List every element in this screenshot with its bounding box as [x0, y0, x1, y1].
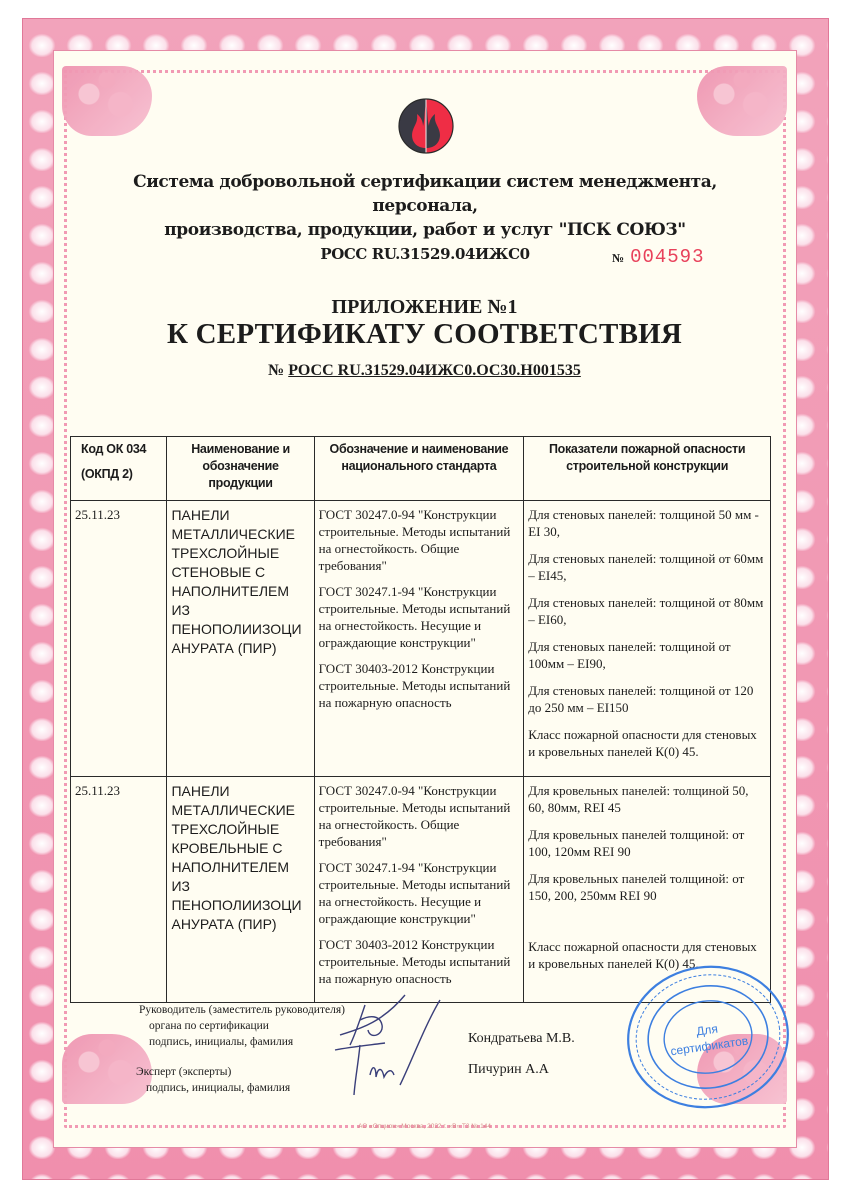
serial-number-value: 004593 — [630, 246, 704, 268]
expert-caption-line1: Эксперт (эксперты) — [136, 1066, 231, 1078]
products-table: Код ОК 034 (ОКПД 2) Наименование и обозн… — [70, 436, 771, 1003]
cell-fire-indicators: Для стеновых панелей: толщиной 50 мм - E… — [524, 501, 771, 777]
header-national-standard: Обозначение и наименование национального… — [314, 437, 524, 501]
expert-caption-line2: подпись, инициалы, фамилия — [136, 1080, 290, 1096]
certificate-number-sign: № — [268, 362, 284, 379]
cell-okpd-code: 25.11.23 — [71, 501, 167, 777]
header-fire-indicators: Показатели пожарной опасности строительн… — [524, 437, 771, 501]
stamp-text-line1: Для — [695, 1022, 718, 1039]
standard-item: ГОСТ 30403-2012 Конструкции строительные… — [319, 936, 520, 987]
table-header-row: Код ОК 034 (ОКПД 2) Наименование и обозн… — [71, 437, 771, 501]
indicator-item: Для кровельных панелей толщиной: от 100,… — [528, 826, 766, 860]
indicator-item: Для кровельных панелей толщиной: от 150,… — [528, 870, 766, 904]
table-row: 25.11.23 ПАНЕЛИ МЕТАЛЛИЧЕСКИЕ ТРЕХСЛОЙНЫ… — [71, 501, 771, 777]
spacer — [528, 914, 766, 938]
blank-serial-number: №004593 — [612, 246, 704, 268]
certificate-number-value: РОСС RU.31529.04ИЖС0.ОС30.Н001535 — [288, 362, 581, 379]
indicator-item: Для стеновых панелей: толщиной 50 мм - E… — [528, 506, 766, 540]
header-okpd-line1: Код ОК 034 — [81, 442, 146, 456]
head-name: Кондратьева М.В. — [468, 1031, 575, 1047]
cell-standards: ГОСТ 30247.0-94 "Конструкции строительны… — [314, 777, 524, 1003]
indicator-item: Для стеновых панелей: толщиной от 120 до… — [528, 682, 766, 716]
header-product-name: Наименование и обозначение продукции — [167, 437, 314, 501]
cell-okpd-code: 25.11.23 — [71, 777, 167, 1003]
indicator-item: Для стеновых панелей: толщиной от 80мм –… — [528, 594, 766, 628]
certificate-content: Система добровольной сертификации систем… — [0, 0, 849, 1200]
indicator-item: Для стеновых панелей: толщиной от 60мм –… — [528, 550, 766, 584]
number-sign: № — [612, 251, 624, 265]
official-stamp-icon: Для сертификатов — [622, 962, 794, 1112]
standard-item: ГОСТ 30247.1-94 "Конструкции строительны… — [319, 583, 520, 651]
cell-product-name: ПАНЕЛИ МЕТАЛЛИЧЕСКИЕ ТРЕХСЛОЙНЫЕ СТЕНОВЫ… — [167, 501, 314, 777]
standard-item: ГОСТ 30247.0-94 "Конструкции строительны… — [319, 782, 520, 850]
org-title-line2: производства, продукции, работ и услуг "… — [120, 218, 730, 242]
indicator-item: Для стеновых панелей: толщиной от 100мм … — [528, 638, 766, 672]
org-title-line1: Система добровольной сертификации систем… — [120, 170, 730, 218]
printer-imprint: АО «Опцион» Москва, 2022 г. «В» Т3 № 144 — [0, 1123, 849, 1130]
fire-flame-logo-icon — [396, 96, 456, 156]
standard-item: ГОСТ 30247.1-94 "Конструкции строительны… — [319, 859, 520, 927]
main-title: К СЕРТИФИКАТУ СООТВЕТСТВИЯ — [0, 318, 849, 351]
indicator-item: Для кровельных панелей: толщиной 50, 60,… — [528, 782, 766, 816]
expert-name: Пичурин А.А — [468, 1062, 549, 1078]
standard-item: ГОСТ 30403-2012 Конструкции строительные… — [319, 660, 520, 711]
stamp-text-line2: сертификатов — [670, 1034, 749, 1059]
certificate-number: №РОСС RU.31529.04ИЖС0.ОС30.Н001535 — [0, 362, 849, 380]
appendix-title: ПРИЛОЖЕНИЕ №1 — [0, 296, 849, 319]
header-okpd-code: Код ОК 034 (ОКПД 2) — [71, 437, 167, 501]
handwritten-signature-icon — [310, 985, 460, 1105]
expert-signature-caption: Эксперт (эксперты) подпись, инициалы, фа… — [136, 1064, 290, 1096]
cell-standards: ГОСТ 30247.0-94 "Конструкции строительны… — [314, 501, 524, 777]
indicator-item: Класс пожарной опасности для стеновых и … — [528, 726, 766, 760]
cell-product-name: ПАНЕЛИ МЕТАЛЛИЧЕСКИЕ ТРЕХСЛОЙНЫЕ КРОВЕЛЬ… — [167, 777, 314, 1003]
standard-item: ГОСТ 30247.0-94 "Конструкции строительны… — [319, 506, 520, 574]
header-okpd-line2: (ОКПД 2) — [81, 466, 160, 483]
